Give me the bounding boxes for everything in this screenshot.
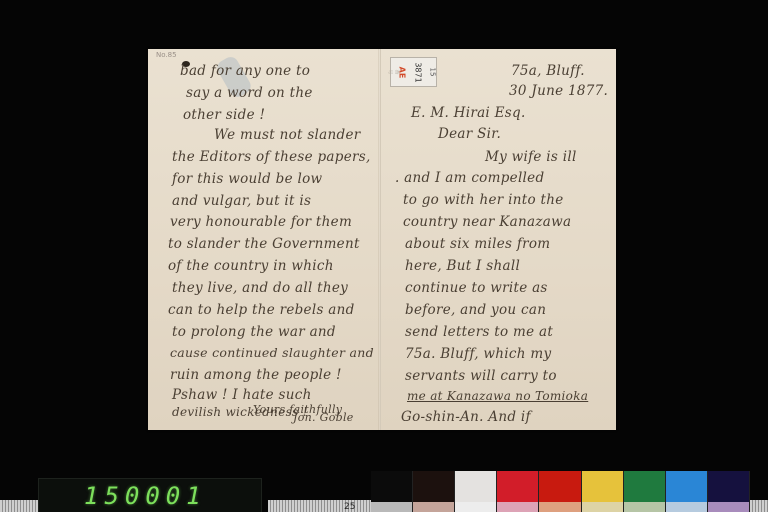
- letter-date: 30 June 1877.: [509, 83, 608, 99]
- handwritten-line: the Editors of these papers,: [172, 149, 371, 165]
- measuring-ruler: [0, 500, 38, 512]
- color-swatch: [624, 502, 666, 512]
- handwritten-line: for this would be low: [172, 171, 322, 187]
- handwritten-line: Go-shin-An. And if: [401, 409, 531, 425]
- color-swatch: [708, 502, 750, 512]
- recipient: E. M. Hirai Esq.: [411, 105, 526, 121]
- measuring-ruler: [750, 500, 768, 512]
- color-swatch: [708, 471, 750, 502]
- color-swatch: [371, 502, 413, 512]
- color-calibration-chart: [371, 471, 750, 512]
- measuring-ruler: [268, 500, 372, 512]
- letter-right-page: 75a, Bluff. 30 June 1877. E. M. Hirai Es…: [381, 49, 616, 430]
- color-swatch: [539, 502, 581, 512]
- color-swatch: [413, 471, 455, 502]
- handwritten-line: to slander the Government: [168, 236, 360, 252]
- color-swatch: [455, 502, 497, 512]
- handwritten-line: me at Kanazawa no Tomioka: [407, 389, 588, 403]
- handwritten-line: 75a. Bluff, which my: [405, 346, 551, 362]
- handwritten-line: before, and you can: [405, 302, 546, 318]
- handwritten-line: We must not slander: [214, 127, 361, 143]
- sender-address: 75a, Bluff.: [511, 63, 585, 79]
- handwritten-line: can to help the rebels and: [168, 302, 355, 318]
- handwritten-line: . and I am compelled: [395, 170, 544, 186]
- color-swatch: [497, 471, 539, 502]
- color-swatch: [666, 502, 708, 512]
- label-number: 3871: [413, 62, 422, 82]
- color-swatch: [624, 471, 666, 502]
- handwritten-line: here, But I shall: [405, 258, 520, 274]
- handwritten-line: ruin among the people !: [170, 367, 342, 383]
- label-prefix: AE: [397, 66, 406, 78]
- handwritten-line: about six miles from: [405, 236, 550, 252]
- handwritten-line: country near Kanazawa: [403, 214, 571, 230]
- handwritten-line: and vulgar, but it is: [172, 193, 311, 209]
- handwritten-line: My wife is ill: [485, 149, 577, 165]
- color-swatch: [455, 471, 497, 502]
- handwritten-line: to go with her into the: [403, 192, 563, 208]
- color-swatch: [413, 502, 455, 512]
- color-swatch: [497, 502, 539, 512]
- color-swatch: [582, 471, 624, 502]
- ruler-number: 25: [344, 502, 355, 512]
- handwritten-line: very honourable for them: [170, 214, 352, 230]
- letter-left-page: No.85 bad for any one to say a word on t…: [148, 49, 381, 430]
- handwritten-line: of the country in which: [168, 258, 334, 274]
- handwritten-line: to prolong the war and: [172, 324, 336, 340]
- label-sheet: 15: [428, 68, 436, 77]
- salutation: Dear Sir.: [438, 126, 501, 142]
- handwritten-line: other side !: [183, 107, 265, 123]
- color-swatch: [666, 471, 708, 502]
- handwritten-line: send letters to me at: [405, 324, 553, 340]
- frame-counter: 150001: [38, 478, 262, 512]
- color-swatch: [371, 471, 413, 502]
- handwritten-line: servants will carry to: [405, 368, 557, 384]
- handwritten-line: cause continued slaughter and: [170, 345, 374, 360]
- handwritten-line: say a word on the: [186, 85, 313, 101]
- frame-counter-digits: 150001: [84, 482, 207, 510]
- letter-scan: No.85 bad for any one to say a word on t…: [148, 49, 616, 430]
- handwritten-line: continue to write as: [405, 280, 548, 296]
- handwritten-line: bad for any one to: [180, 63, 310, 79]
- handwritten-line: they live, and do all they: [172, 280, 348, 296]
- pencil-mark: No.85: [156, 51, 177, 59]
- archive-label: 番号 AE 3871 15: [390, 57, 437, 87]
- handwritten-line: Pshaw ! I hate such: [172, 387, 312, 403]
- color-swatch: [582, 502, 624, 512]
- color-swatch: [539, 471, 581, 502]
- signature: Jon. Goble: [293, 411, 354, 424]
